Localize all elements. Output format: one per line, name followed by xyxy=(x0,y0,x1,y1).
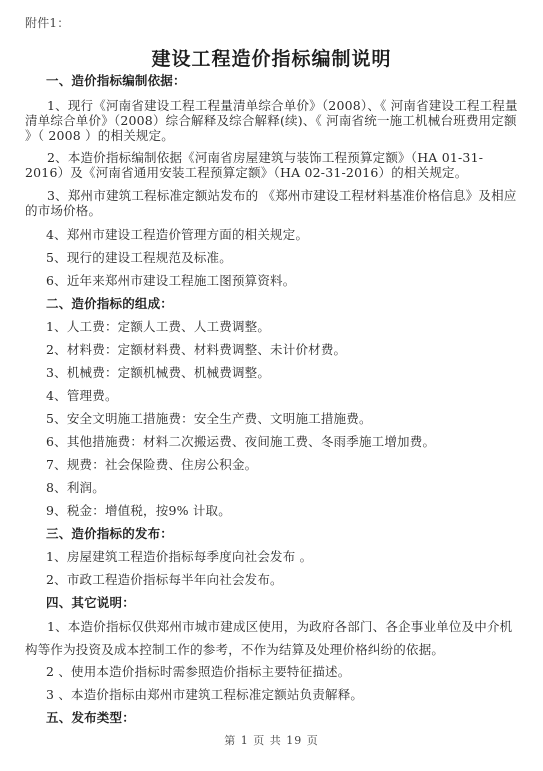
basis-item-1: 1、现行《河南省建设工程工程量清单综合单价》（2008）、《 河南省建设工程工程… xyxy=(25,98,521,143)
publication-item-2: 2、市政工程造价指标每半年向社会发布。 xyxy=(46,572,283,587)
section-heading-release-types: 五、发布类型： xyxy=(46,710,135,725)
document-title: 建设工程造价指标编制说明 xyxy=(0,47,543,71)
basis-item-3: 3、郑州市建筑工程标准定额站发布的 《郑州市建设工程材料基准价格信息》及相应的市… xyxy=(25,188,521,218)
section-heading-publication: 三、造价指标的发布： xyxy=(46,526,173,541)
page-number-footer: 第 1 页 共 19 页 xyxy=(0,733,543,748)
other-notes-item-1: 1、本造价指标仅供郑州市城市建成区使用，为政府各部门、各企事业单位及中介机构等作… xyxy=(25,615,521,661)
composition-item-1: 1、人工费：定额人工费、人工费调整。 xyxy=(46,319,270,334)
other-notes-item-2: 2 、使用本造价指标时需参照造价指标主要特征描述。 xyxy=(46,664,350,679)
basis-item-6: 6、近年来郑州市建设工程施工图预算资料。 xyxy=(46,273,295,288)
basis-item-2: 2、本造价指标编制依据《河南省房屋建筑与装饰工程预算定额》（HA 01-31-2… xyxy=(25,150,521,180)
other-notes-item-3: 3 、本造价指标由郑州市建筑工程标准定额站负责解释。 xyxy=(46,687,363,702)
annex-label: 附件1： xyxy=(25,16,69,31)
composition-item-4: 4、管理费。 xyxy=(46,388,118,403)
composition-item-3: 3、机械费：定额机械费、机械费调整。 xyxy=(46,365,270,380)
section-heading-composition: 二、造价指标的组成： xyxy=(46,296,173,311)
composition-item-9: 9、税金：增值税，按9% 计取。 xyxy=(46,503,231,518)
section-heading-other-notes: 四、其它说明： xyxy=(46,595,135,610)
composition-item-8: 8、利润。 xyxy=(46,480,105,495)
composition-item-6: 6、其他措施费：材料二次搬运费、夜间施工费、冬雨季施工增加费。 xyxy=(46,434,435,449)
composition-item-5: 5、安全文明施工措施费：安全生产费、文明施工措施费。 xyxy=(46,411,372,426)
composition-item-2: 2、材料费：定额材料费、材料费调整、未计价材费。 xyxy=(46,342,346,357)
section-heading-basis: 一、造价指标编制依据： xyxy=(46,73,186,88)
composition-item-7: 7、规费：社会保险费、住房公积金。 xyxy=(46,457,257,472)
basis-item-5: 5、现行的建设工程规范及标准。 xyxy=(46,250,232,265)
publication-item-1: 1、房屋建筑工程造价指标每季度向社会发布 。 xyxy=(46,549,312,564)
document-page: 附件1： 建设工程造价指标编制说明 一、造价指标编制依据： 1、现行《河南省建设… xyxy=(0,0,543,771)
basis-item-4: 4、郑州市建设工程造价管理方面的相关规定。 xyxy=(46,227,308,242)
